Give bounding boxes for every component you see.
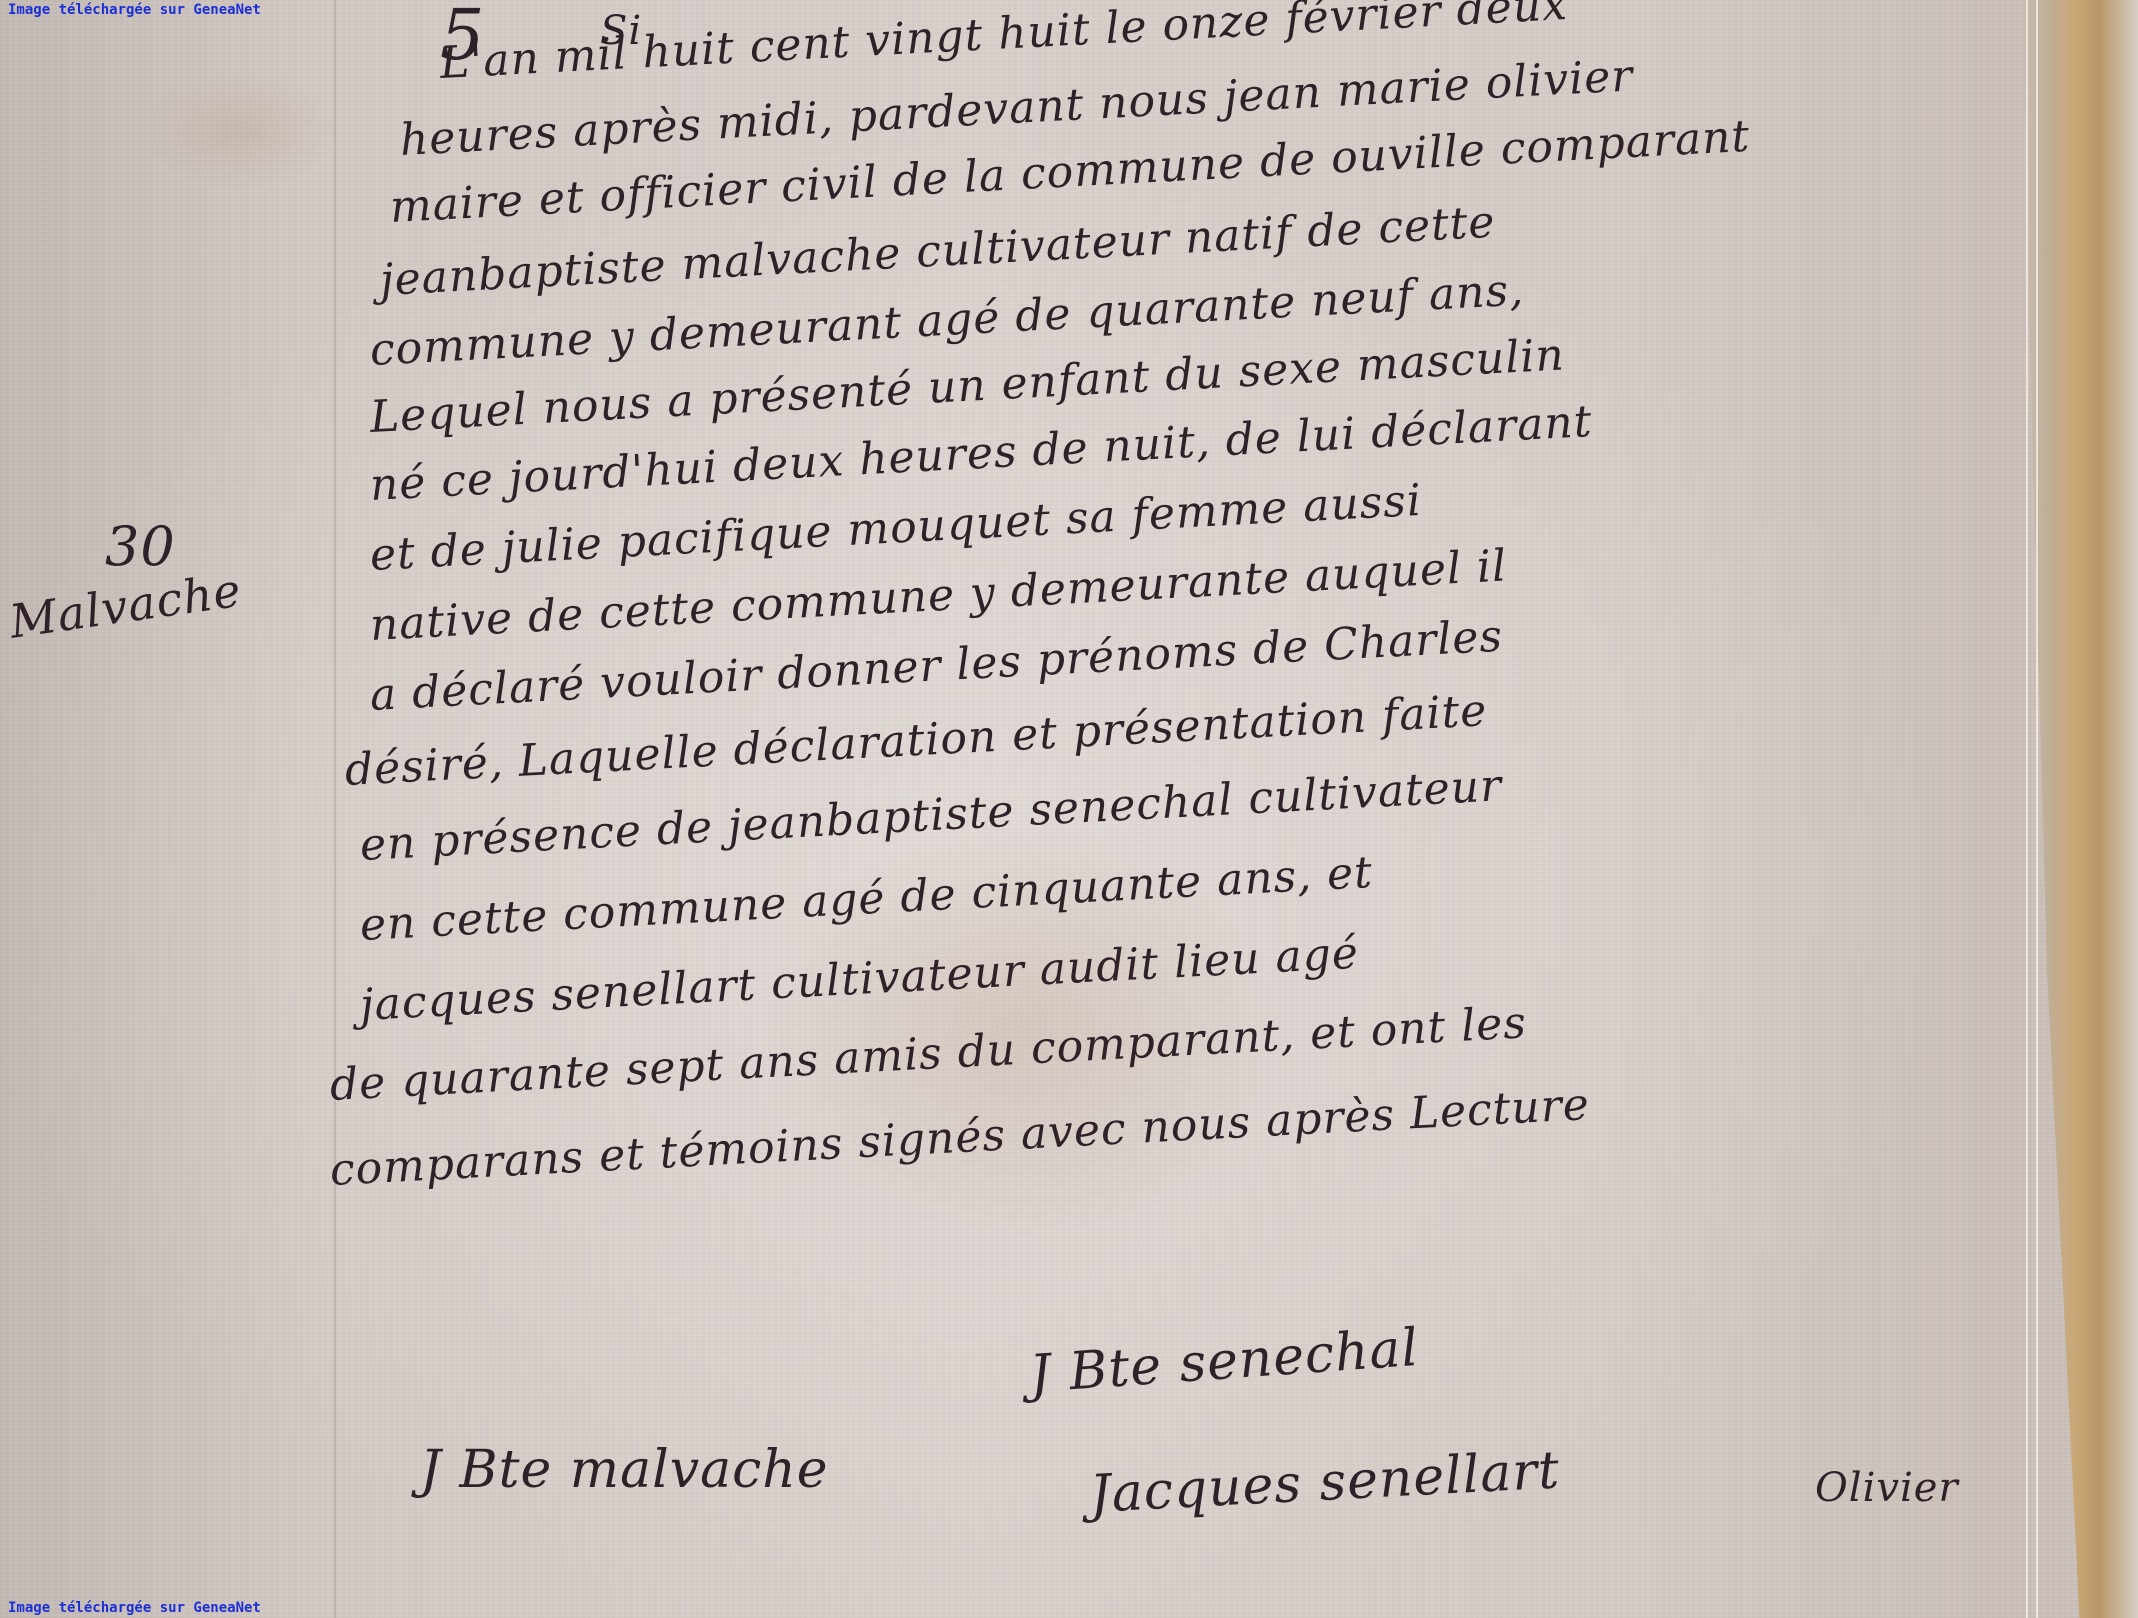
watermark-bottom: Image téléchargée sur GeneaNet [8, 1600, 261, 1616]
signature-father-malvache: J Bte malvache [420, 1440, 829, 1500]
page-edge-line [2026, 0, 2028, 1618]
margin-act-number: 30 [105, 515, 176, 578]
watermark-top: Image téléchargée sur GeneaNet [8, 2, 261, 18]
margin-rule [334, 0, 336, 1618]
document-page: 5 Si 30 Malvache L'an mil huit cent ving… [0, 0, 2138, 1618]
signature-mayor-olivier: Olivier [1815, 1465, 1959, 1511]
paper-stain [140, 70, 340, 190]
page-edge-line [2036, 0, 2038, 1618]
